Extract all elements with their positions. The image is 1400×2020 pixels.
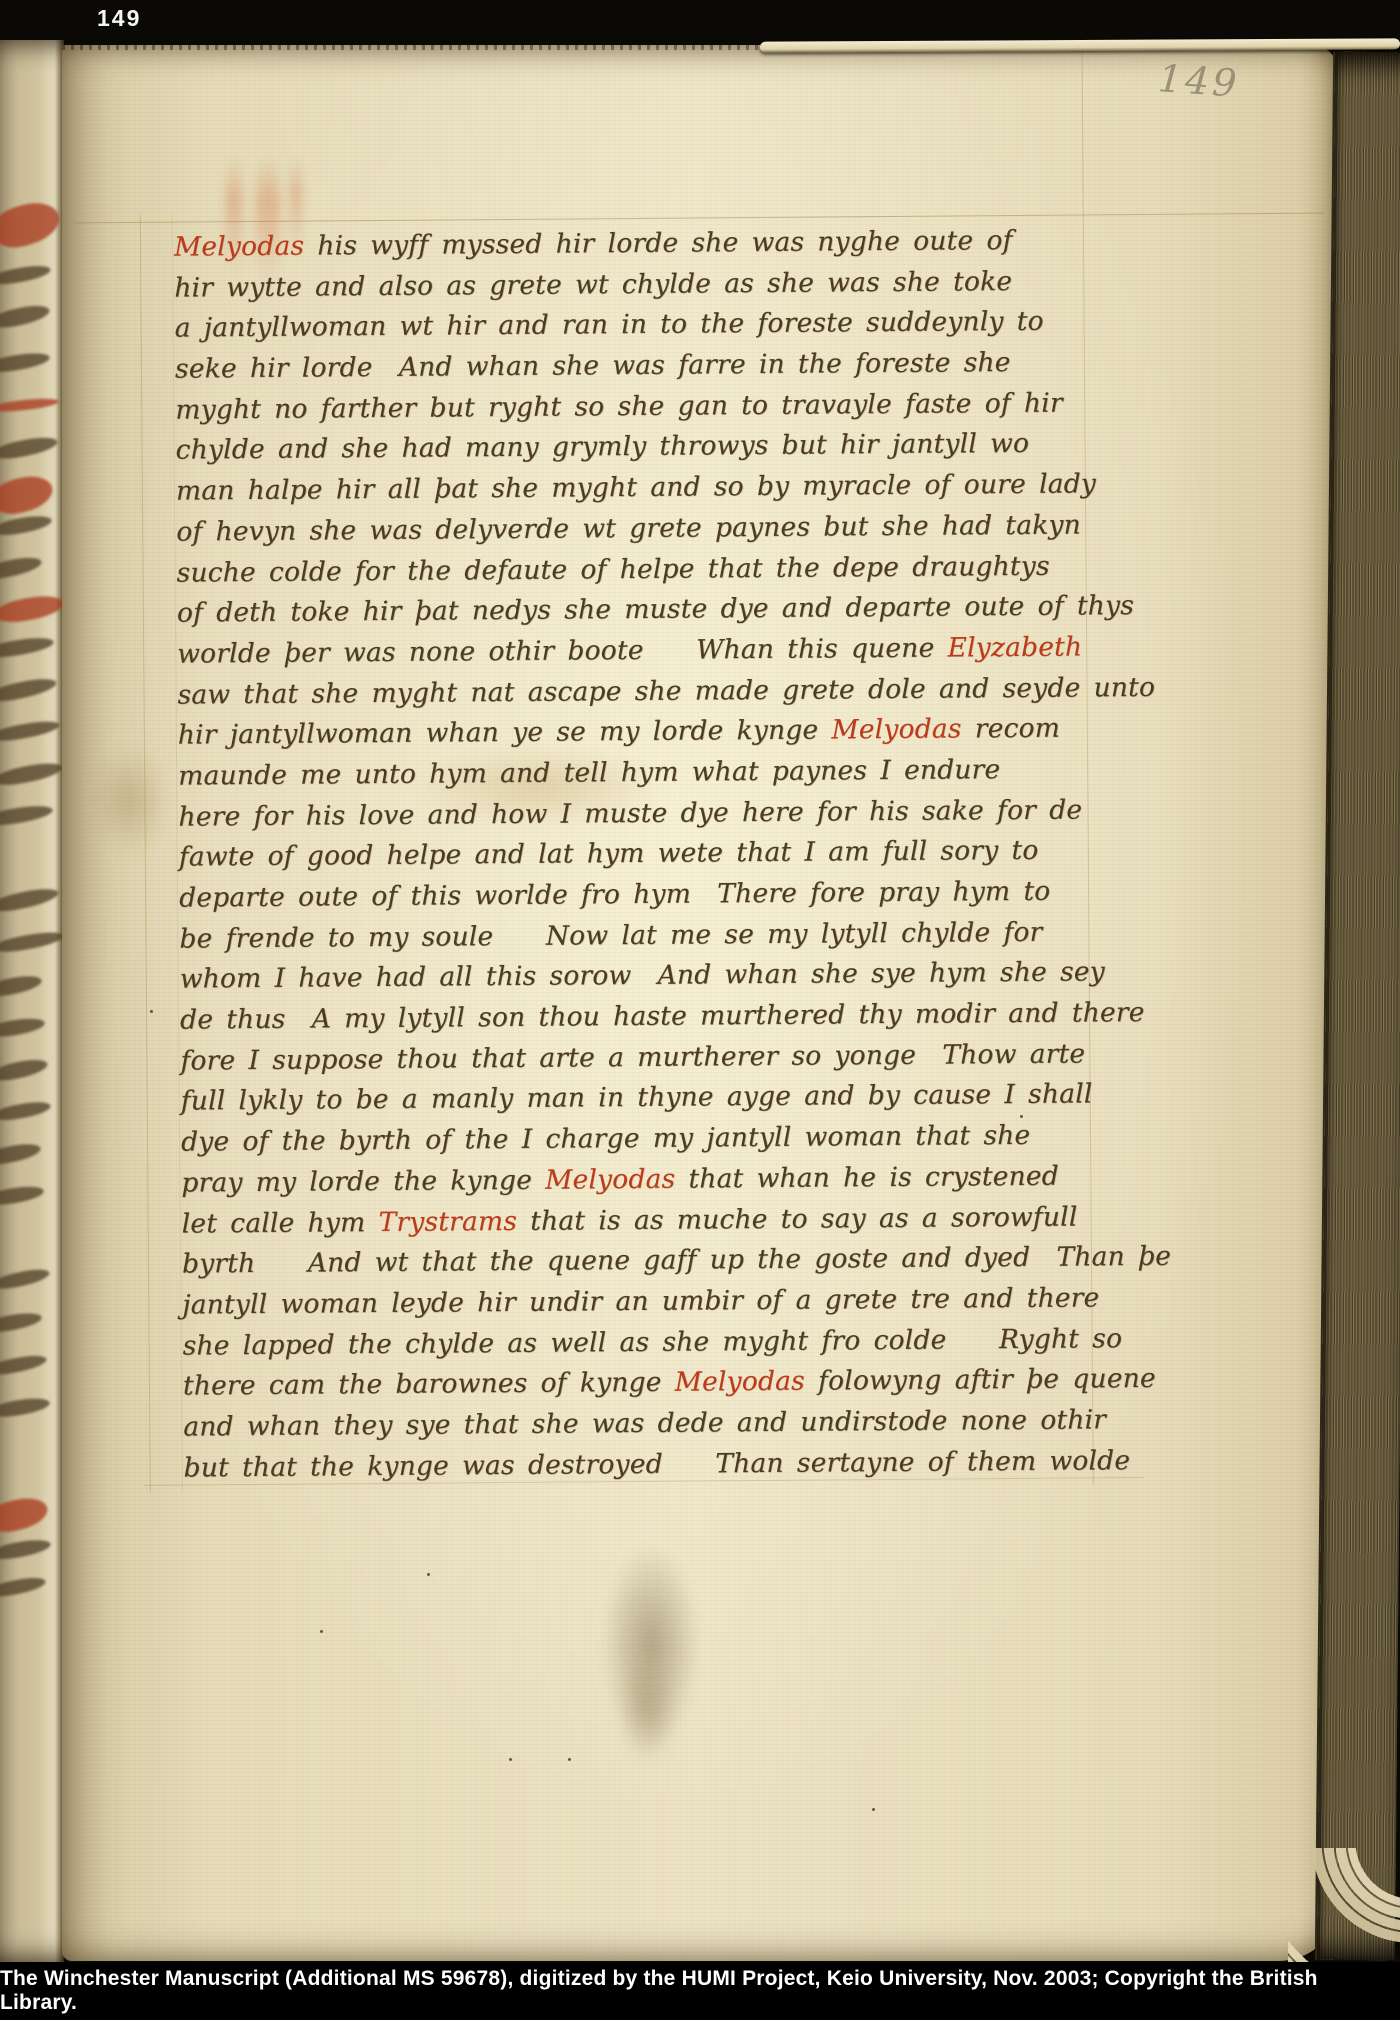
manuscript-line: worlde þer was none othir boote Whan thi… [177,627,1167,675]
manuscript-text: chylde and she had many grymly throwys b… [175,428,1029,466]
red-text-bleed-mark [0,471,56,519]
manuscript-text: that whan he is crystened [675,1160,1059,1194]
manuscript-text: worlde þer was none othir boote Whan thi… [177,632,948,669]
manuscript-line: pray my lorde the kynge Melyodas that wh… [181,1156,1171,1204]
manuscript-text: and whan they sye that she was dede and … [183,1404,1106,1442]
ink-text-bleed-mark [0,885,60,915]
ink-text-bleed-mark [0,554,43,582]
manuscript-line: and whan they sye that she was dede and … [183,1400,1173,1448]
red-text-bleed-mark [0,592,64,626]
manuscript-text: folowyng aftir þe quene [805,1363,1156,1397]
manuscript-viewer: 149 Melyodas his wyff myssed hir lo [0,0,1400,2020]
ink-text-bleed-mark [0,1266,51,1292]
manuscript-line: hir jantyllwoman whan ye se my lorde kyn… [178,708,1168,756]
ink-text-bleed-mark [0,350,51,375]
rubricated-word: Melyodas [831,714,961,746]
ink-text-bleed-mark [0,263,52,288]
manuscript-line: a jantyllwoman wt hir and ran in to the … [175,301,1165,349]
ink-text-bleed-mark [0,302,51,331]
ink-text-bleed-mark [0,1184,45,1208]
manuscript-text-block: Melyodas his wyff myssed hir lorde she w… [174,220,1174,1489]
manuscript-text: there cam the barownes of kynge [183,1367,675,1402]
manuscript-text: man halpe hir all þat she myght and so b… [176,468,1096,506]
manuscript-text: recom [962,713,1061,745]
ink-text-bleed-mark [0,1537,52,1563]
manuscript-text: that is as muche to say as a sorowfull [517,1201,1078,1236]
ink-text-bleed-mark [0,1099,52,1123]
manuscript-text: saw that she myght nat ascape she made g… [177,671,1155,710]
ink-text-bleed-mark [0,434,59,462]
manuscript-text: jantyll woman leyde hir undir an umbir o… [182,1282,1099,1320]
rubricated-word: Melyodas [675,1366,805,1398]
ink-text-bleed-mark [0,803,54,829]
manuscript-line: jantyll woman leyde hir undir an umbir o… [182,1278,1172,1326]
folio-number-pencil: 149 [1157,56,1241,106]
manuscript-text: she lapped the chylde as well as she myg… [183,1323,1123,1361]
ink-text-bleed-mark [0,929,64,955]
ink-text-bleed-mark [0,973,43,1000]
ink-text-bleed-mark [0,513,53,538]
ink-text-bleed-mark [0,1016,46,1040]
manuscript-text: fawte of good helpe and lat hym wete tha… [179,835,1039,873]
manuscript-text: suche colde for the defaute of helpe tha… [176,550,1049,588]
red-text-bleed-mark [0,1493,51,1536]
manuscript-line: of hevyn she was delyverde wt grete payn… [176,505,1166,553]
caption-text: The Winchester Manuscript (Additional MS… [0,1967,1400,2015]
manuscript-text: full lykly to be a manly man in thyne ay… [181,1079,1093,1117]
ink-text-bleed-mark [0,1310,43,1335]
rubricated-word: Melyodas [545,1163,675,1195]
manuscript-text: byrth And wt that the quene gaff up the … [182,1241,1171,1280]
manuscript-text: hir wytte and also as grete wt chylde as… [174,266,1012,304]
ink-text-bleed-mark [0,1395,51,1419]
page-number-label: 149 [97,5,141,32]
manuscript-text: myght no farther but ryght so she gan to… [175,387,1063,425]
rubricated-word: Trystrams [378,1205,517,1237]
page-edge-stack-corner [1288,1848,1400,1964]
ink-text-bleed-mark [0,675,58,705]
manuscript-text: a jantyllwoman wt hir and ran in to the … [175,306,1044,344]
manuscript-text: be frende to my soule Now lat me se my l… [179,916,1042,954]
manuscript-page: Melyodas his wyff myssed hir lorde she w… [62,45,1336,1961]
manuscript-text: but that the kynge was destroyed Than se… [183,1445,1130,1483]
manuscript-text: fore I suppose thou that arte a murthere… [180,1038,1085,1076]
manuscript-text: maunde me unto hym and tell hym what pay… [178,754,1000,791]
ink-text-bleed-mark [0,635,55,661]
manuscript-line: but that the kynge was destroyed Than se… [183,1440,1173,1488]
ink-text-bleed-mark [0,1575,47,1600]
manuscript-text: pray my lorde the kynge [181,1165,545,1199]
ruling-line-left [140,215,151,1493]
manuscript-text: whom I have had all this sorow And whan … [180,957,1105,995]
caption-bar: The Winchester Manuscript (Additional MS… [0,1962,1400,2020]
manuscript-text: departe oute of this worlde fro hym Ther… [179,876,1050,914]
manuscript-text: his wyff myssed hir lorde she was nyghe … [317,225,1013,261]
ink-text-bleed-mark [0,1141,42,1168]
rubricated-word: Elyzabeth [947,631,1082,663]
manuscript-text: of deth toke hir þat nedys she muste dye… [177,590,1134,629]
rubricated-word: Melyodas [174,230,318,262]
ink-text-bleed-mark [0,1352,48,1377]
manuscript-text: de thus A my lytyll son thou haste murth… [180,997,1145,1036]
manuscript-text: let calle hym [182,1207,379,1240]
manuscript-text: hir jantyllwoman whan ye se my lorde kyn… [178,715,832,751]
ruling-plane: Melyodas his wyff myssed hir lorde she w… [62,45,1336,1961]
manuscript-text: seke hir lorde And whan she was farre in… [175,347,1011,385]
ink-text-bleed-mark [0,1056,49,1084]
manuscript-text: of hevyn she was delyverde wt grete payn… [176,509,1081,547]
manuscript-text: dye of the byrth of the I charge my jant… [181,1120,1031,1158]
facing-page-edge [0,40,64,1964]
ink-text-bleed-mark [0,718,61,744]
ink-text-bleed-mark [0,759,64,788]
manuscript-text: here for his love and how I muste dye he… [178,794,1082,832]
red-text-bleed-mark [0,196,64,253]
red-text-bleed-mark [0,396,59,413]
